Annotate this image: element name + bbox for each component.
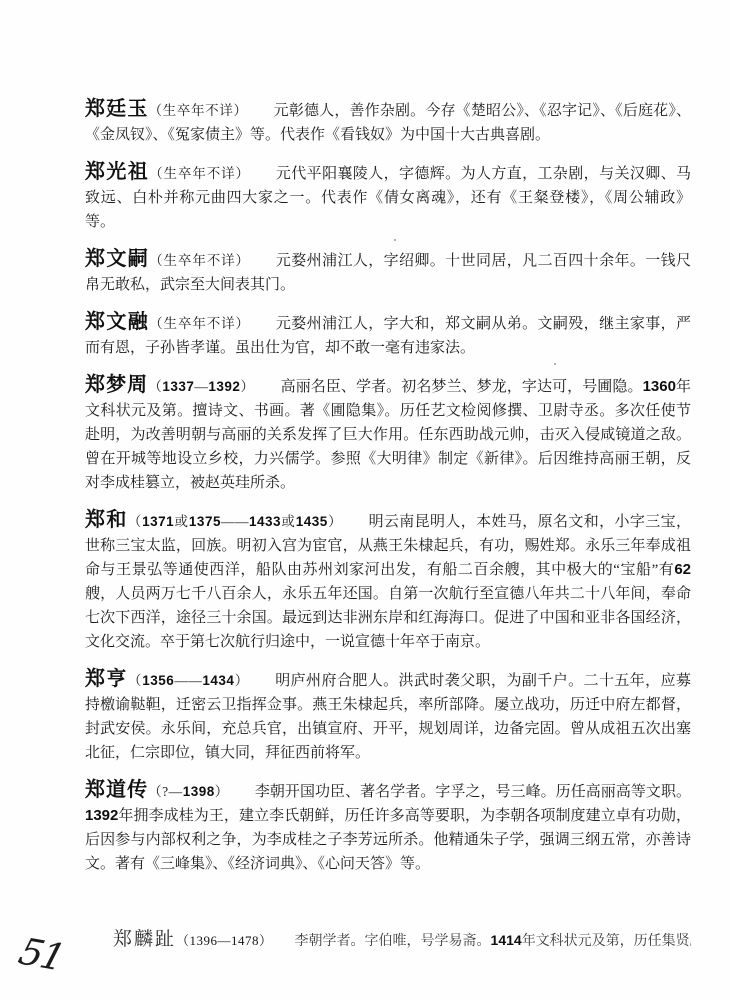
entry-name: 郑和: [85, 509, 128, 531]
biography-entry-zheng-he: 郑和（1371或1375——1433或1435）明云南昆明人，本姓马，原名文和，…: [85, 508, 691, 654]
entry-dates: （?—1398）: [148, 784, 229, 799]
entry-name: 郑道传: [85, 779, 148, 801]
biography-entry-zheng-heng: 郑亨（1356——1434）明庐州府合肥人。洪武时袭父职，为副千户。二十五年，应…: [85, 667, 691, 765]
entry-dates: （生卒年不详）: [149, 166, 250, 181]
entry-dates: （1396—1478）: [176, 933, 273, 948]
biography-entry-zheng-mengzhou: 郑梦周（1337—1392）高丽名臣、学者。初名梦兰、梦龙，字达可，号圃隐。13…: [85, 373, 691, 495]
biography-list: 郑廷玉（生卒年不详）元彰德人，善作杂剧。今存《楚昭公》、《忍字记》、《后庭花》、…: [85, 97, 691, 967]
biography-entry-zheng-tingyu: 郑廷玉（生卒年不详）元彰德人，善作杂剧。今存《楚昭公》、《忍字记》、《后庭花》、…: [85, 97, 691, 147]
document-page: 郑廷玉（生卒年不详）元彰德人，善作杂剧。今存《楚昭公》、《忍字记》、《后庭花》、…: [0, 0, 730, 1000]
entry-name: 郑亨: [85, 668, 128, 690]
entry-name: 郑光祖: [85, 161, 149, 183]
entry-name: 郑廷玉: [85, 98, 149, 120]
scan-speck: [554, 363, 556, 365]
biography-entry-zheng-linzhi: 郑麟趾（1396—1478）李朝学者。字伯唯，号学易斋。1414年文科状元及第，…: [85, 928, 691, 954]
entry-dates: （1356——1434）: [128, 673, 249, 688]
entry-name: 郑文嗣: [85, 248, 149, 270]
handwritten-page-number: 51: [14, 930, 68, 979]
entry-dates: （生卒年不详）: [149, 103, 248, 118]
entry-dates: （1337—1392）: [148, 379, 254, 394]
entry-dates: （生卒年不详）: [149, 316, 250, 331]
entry-body: 高丽名臣、学者。初名梦兰、梦龙，字达可，号圃隐。1360年文科状元及第。擅诗文、…: [85, 379, 691, 491]
biography-entry-zheng-wenrong: 郑文融（生卒年不详）元婺州浦江人，字大和，郑文嗣从弟。文嗣殁，继主家事，严而有恩…: [85, 310, 691, 360]
biography-entry-zheng-daochuan: 郑道传（?—1398）李朝开国功臣、著名学者。字孚之，号三峰。历任高丽高等文职。…: [85, 778, 691, 876]
entry-name: 郑梦周: [85, 374, 148, 396]
entry-body: 明云南昆明人，本姓马，原名文和，小字三宝，世称三宝太监，回族。明初入宫为宦官，从…: [85, 514, 691, 650]
biography-entry-zheng-guangzu: 郑光祖（生卒年不详）元代平阳襄陵人，字德辉。为人方直，工杂剧，与关汉卿、马致远、…: [85, 160, 691, 234]
entry-dates: （生卒年不详）: [149, 253, 250, 268]
entry-dates: （1371或1375——1433或1435）: [128, 514, 343, 529]
biography-entry-zheng-wensi: 郑文嗣（生卒年不详）元婺州浦江人，字绍卿。十世同居，凡二百四十余年。一钱尺帛无敢…: [85, 247, 691, 297]
entry-body: 李朝学者。字伯唯，号学易斋。1414年文科状元及第，历任集贤殿学: [295, 934, 691, 949]
entry-name: 郑麟趾: [113, 929, 176, 950]
entry-name: 郑文融: [85, 311, 149, 333]
scan-speck: [394, 239, 396, 241]
